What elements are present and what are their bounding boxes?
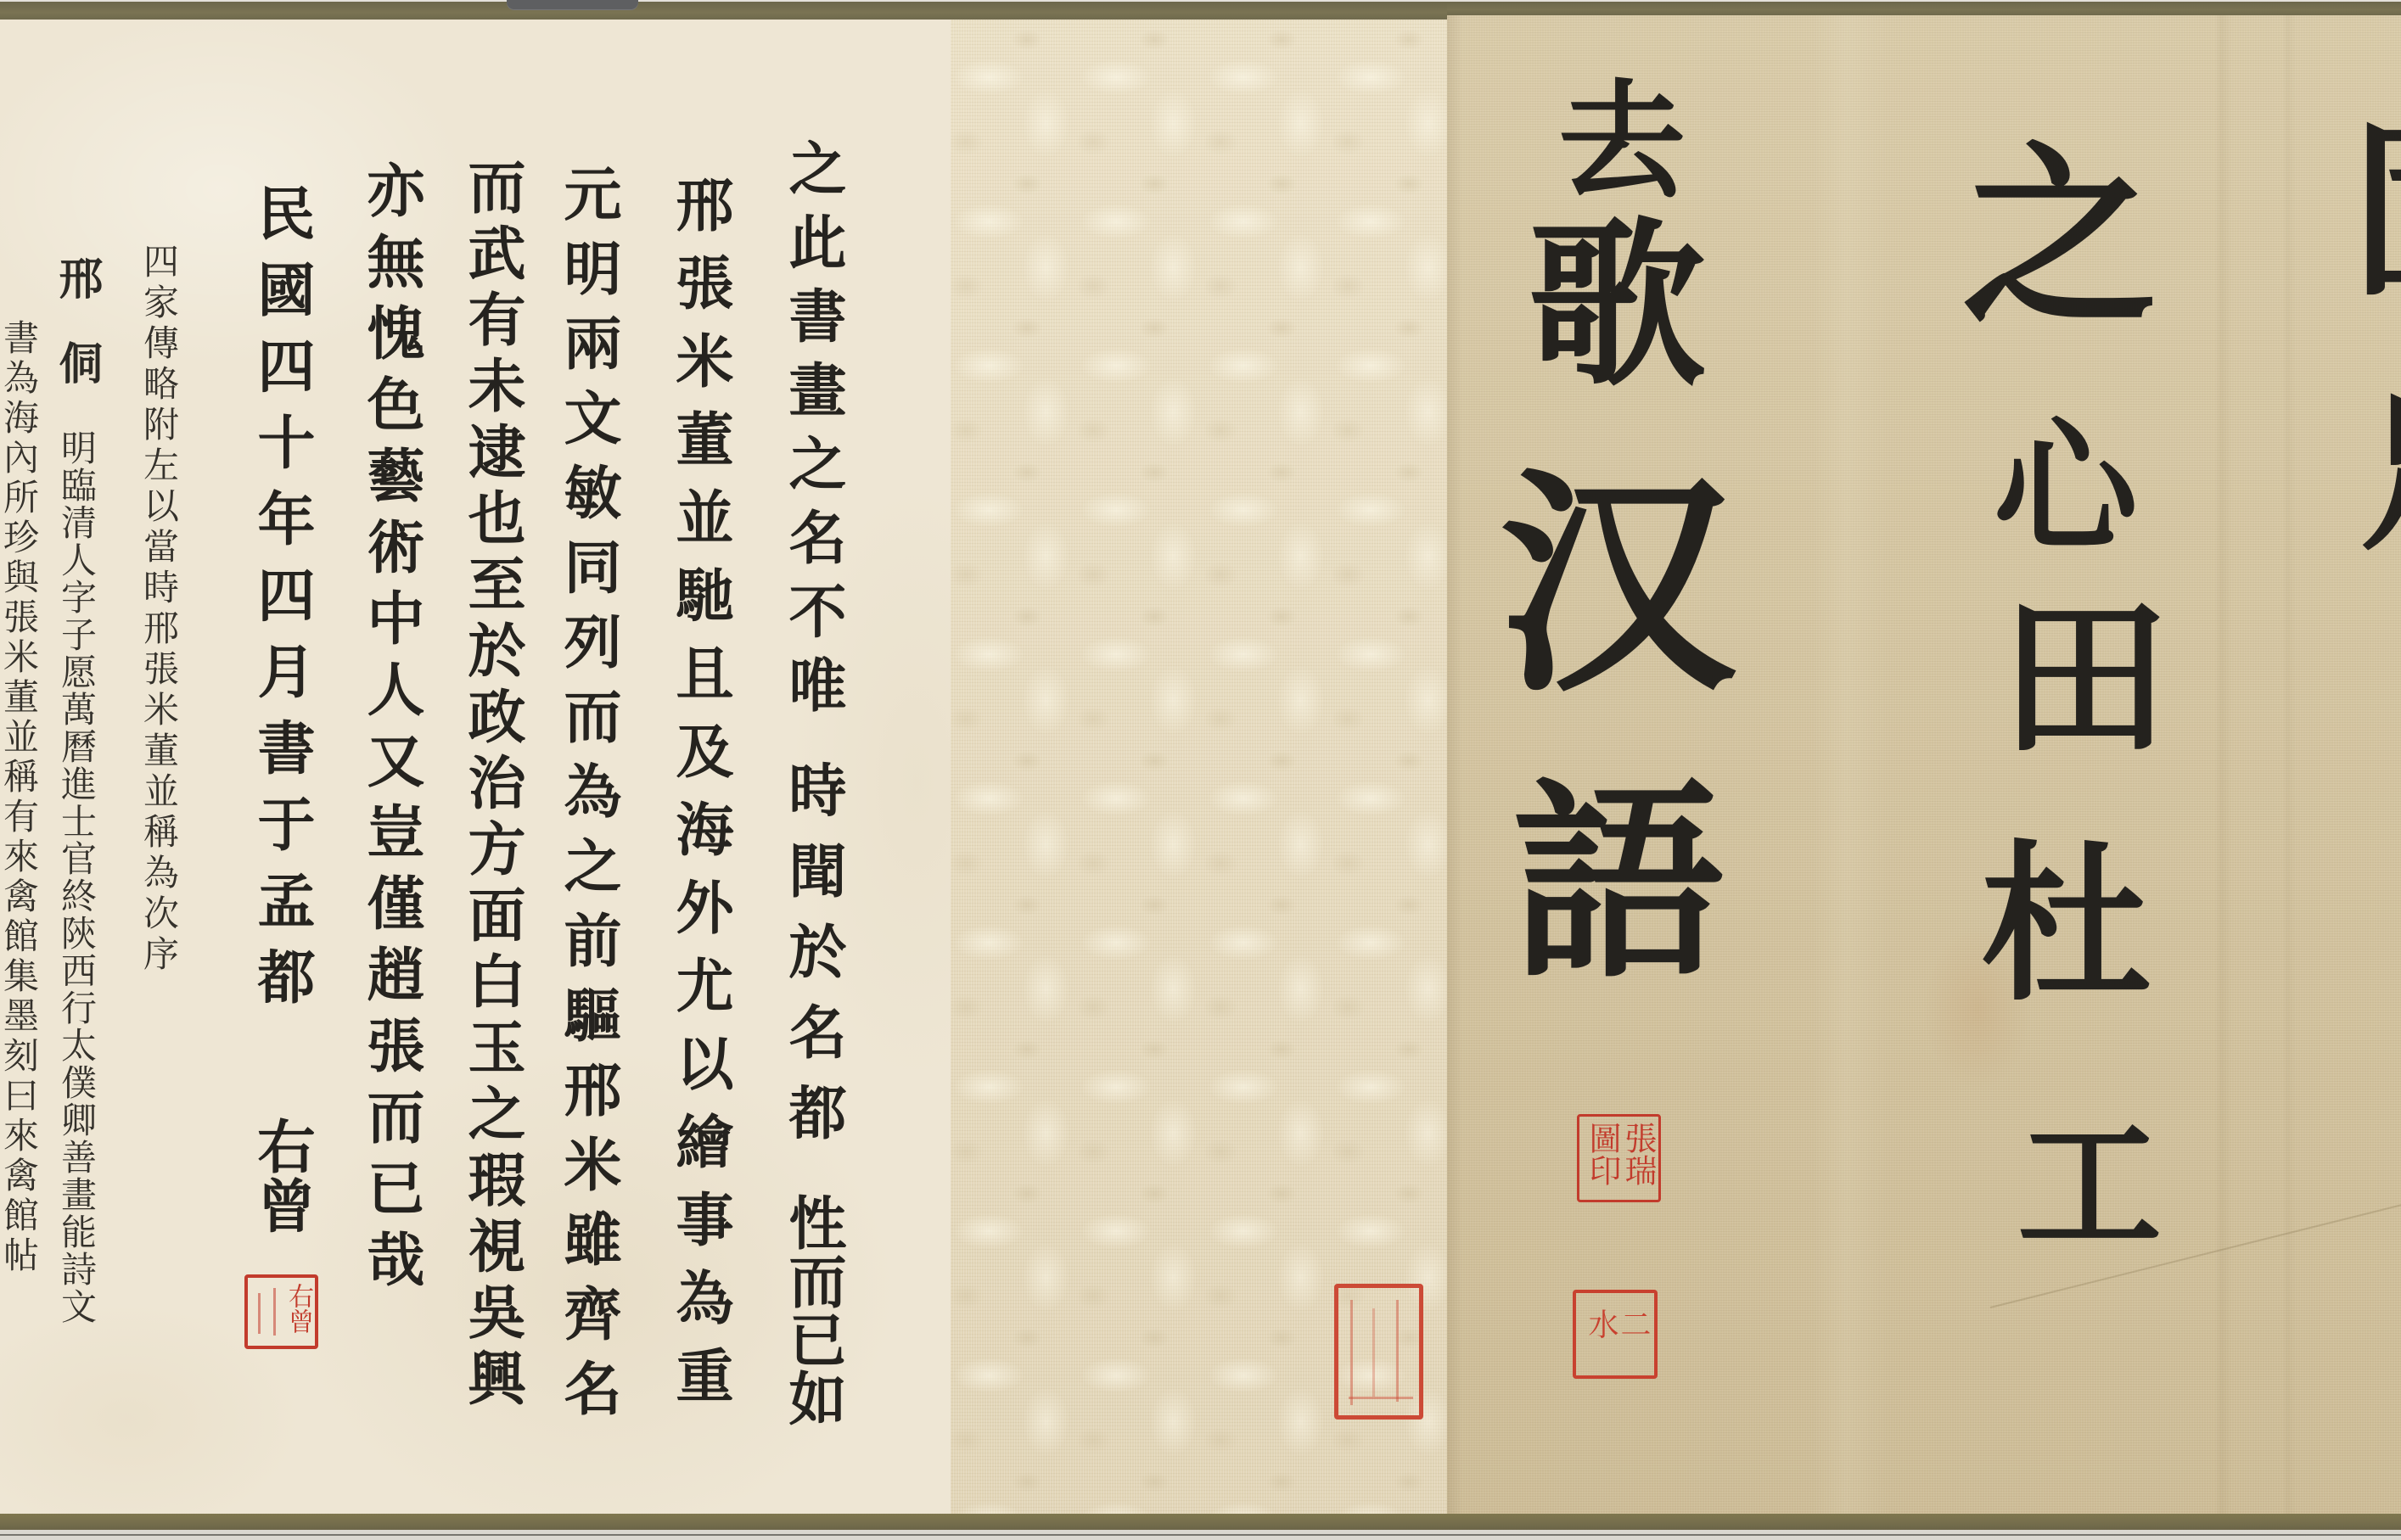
artist-sobriquet-seal-text: 二水: [1585, 1308, 1649, 1359]
top-mount-border: [0, 2, 1447, 20]
colophon-dateline: 民國四十年四月書于孟都: [253, 183, 311, 1023]
handscroll: 之此書畫之名不唯 時聞於名都 性而已如 邢張米董並馳且及海外尤以繪事為重 元明兩…: [0, 0, 2401, 1540]
seal-script-marks: [1396, 1300, 1399, 1402]
calligraphy-char: 語: [1512, 776, 1725, 988]
colophon-column-3: 元明兩文敏同列而為之前驅邢米雖齊名: [559, 164, 617, 1433]
seal-script-marks: [1350, 1300, 1353, 1405]
seal-script-marks: [258, 1293, 261, 1334]
note-column-2: 明臨清人字子愿萬曆進士官終陝西行太僕卿善畫能詩文: [59, 429, 94, 1325]
brocade-seal: [1334, 1284, 1423, 1420]
colophon-signature: 右曾: [253, 1117, 311, 1235]
calligraphy-char: 歌: [1528, 216, 1706, 395]
calligraphy-char: 汉: [1498, 467, 1736, 704]
calligraphy-char: 之: [1962, 140, 2157, 335]
colophon-column-2: 邢張米董並馳且及海外尤以繪事為重: [671, 175, 729, 1424]
seal-script-marks: [1349, 1397, 1413, 1399]
calligraphy-char-cropped: 固: [2351, 119, 2401, 305]
note-heading-xing-tong: 邢侗: [54, 255, 98, 425]
seal-script-marks: [1372, 1308, 1375, 1397]
calligraphy-char: 工: [2017, 1114, 2162, 1258]
colophon-seal: 右曾: [244, 1274, 318, 1349]
mount-clip: [507, 0, 638, 10]
colophon-column-5: 亦無愧色藝術中人又豈僅趙張而已哉: [362, 160, 420, 1301]
colophon-seal-text: 右曾: [285, 1283, 311, 1344]
calligraphy-char: 田: [2000, 594, 2169, 764]
artist-name-seal: 張瑞圖印: [1577, 1114, 1661, 1202]
colophon-column-4: 而武有未逮也至於政治方面白玉之瑕視吳興: [463, 157, 521, 1414]
calligraphy-char: 杜: [1981, 840, 2151, 1010]
seal-script-marks: [273, 1288, 276, 1336]
calligraphy-char: 去: [1558, 78, 1686, 205]
artist-sobriquet-seal: 二水: [1573, 1290, 1658, 1379]
colophon-column-1c: 性而已如: [784, 1193, 842, 1427]
colophon-column-1b: 時聞於名都: [784, 760, 842, 1163]
artist-name-seal-text: 張瑞圖印: [1585, 1122, 1656, 1196]
note-column-3: 書為海內所珍與張米董並稱有來禽館集墨刻曰來禽館帖: [1, 319, 36, 1276]
bottom-mount-border: [0, 1514, 2401, 1530]
colophon-column-1a: 之此書畫之名不唯: [784, 138, 842, 729]
note-column-1: 四家傳略附左以當時邢張米董並稱為次序: [141, 243, 177, 976]
bottom-rail-line: [0, 1534, 2401, 1536]
top-mount-border-right: [1447, 2, 2401, 15]
calligraphy-char: 心: [1994, 416, 2138, 560]
calligraphy-char-cropped: 足: [2359, 390, 2401, 560]
